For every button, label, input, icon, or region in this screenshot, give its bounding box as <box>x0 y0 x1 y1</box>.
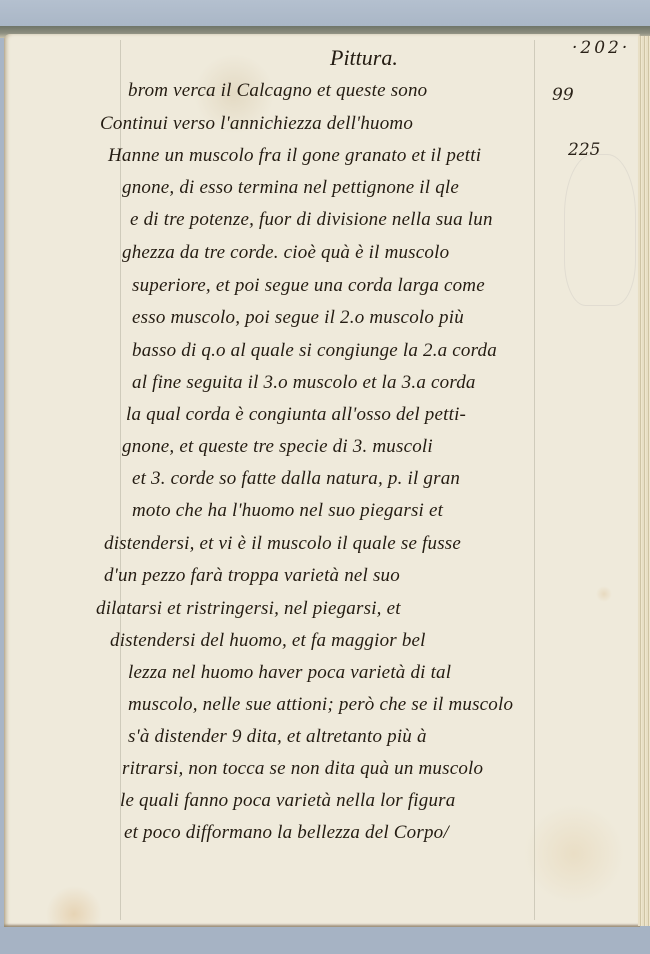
text-line: lezza nel huomo haver poca varietà di ta… <box>128 662 451 684</box>
text-line: ghezza da tre corde. cioè quà è il musco… <box>122 242 449 264</box>
text-line: s'à distender 9 dita, et altretanto più … <box>128 726 427 748</box>
text-line: la qual corda è congiunta all'osso del p… <box>126 404 466 426</box>
text-line: distendersi, et vi è il muscolo il quale… <box>104 533 461 555</box>
text-line: gnone, et queste tre specie di 3. muscol… <box>122 436 433 458</box>
text-line: Continui verso l'annichiezza dell'huomo <box>100 113 413 135</box>
manuscript-text-body: brom verca il Calcagno et queste sono Co… <box>0 0 650 954</box>
text-line: ritrarsi, non tocca se non dita quà un m… <box>122 758 483 780</box>
text-line: Hanne un muscolo fra il gone granato et … <box>108 145 481 167</box>
text-line: moto che ha l'huomo nel suo piegarsi et <box>132 500 443 522</box>
text-line: gnone, di esso termina nel pettignone il… <box>122 177 459 199</box>
text-line: et 3. corde so fatte dalla natura, p. il… <box>132 468 460 490</box>
text-line: d'un pezzo farà troppa varietà nel suo <box>104 565 400 587</box>
text-line: et poco difformano la bellezza del Corpo… <box>124 822 449 844</box>
text-line: muscolo, nelle sue attioni; però che se … <box>128 694 513 716</box>
text-line: al fine seguita il 3.o muscolo et la 3.a… <box>132 372 476 394</box>
text-line: distendersi del huomo, et fa maggior bel <box>110 630 426 652</box>
text-line: brom verca il Calcagno et queste sono <box>128 80 427 102</box>
text-line: le quali fanno poca varietà nella lor fi… <box>120 790 455 812</box>
text-line: superiore, et poi segue una corda larga … <box>132 275 485 297</box>
text-line: esso muscolo, poi segue il 2.o muscolo p… <box>132 307 464 329</box>
text-line: e di tre potenze, fuor di divisione nell… <box>130 209 493 231</box>
text-line: dilatarsi et ristringersi, nel piegarsi,… <box>96 598 401 620</box>
text-line: basso di q.o al quale si congiunge la 2.… <box>132 340 497 362</box>
